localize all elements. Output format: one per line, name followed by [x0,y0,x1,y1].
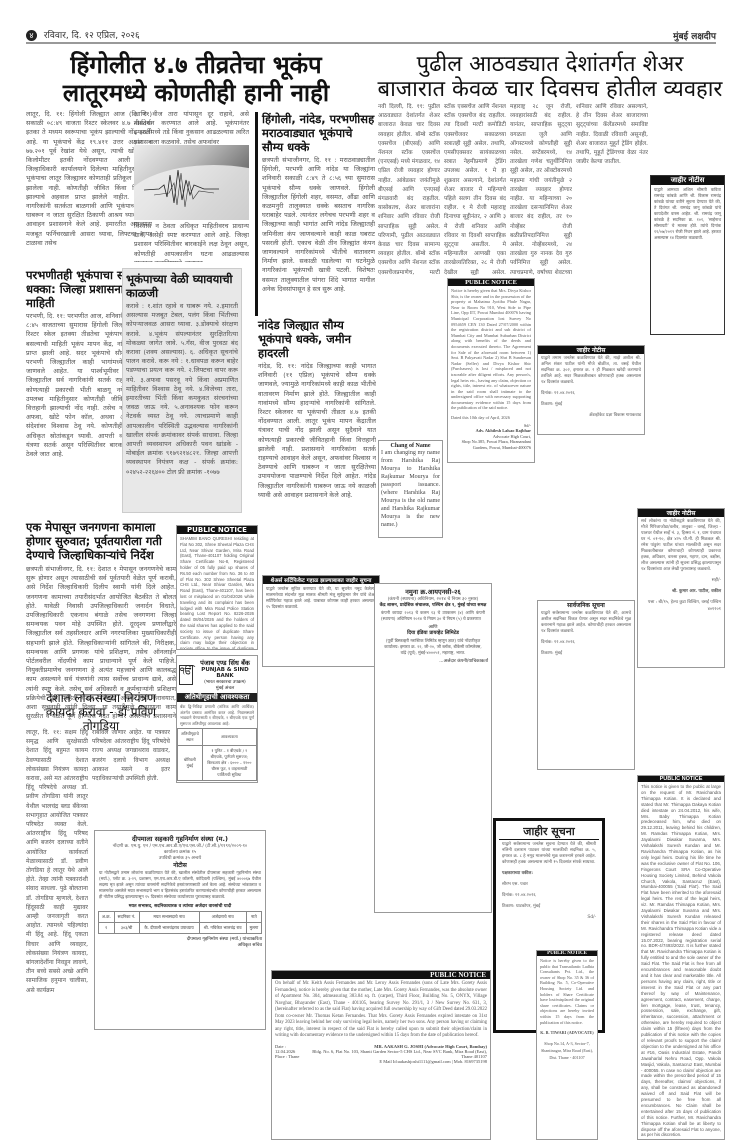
table-header: अतिथीगृहाचे स्थान [178,729,203,746]
dipmala-society-notice: दीपमाला सहकारी गृहनिर्माण संस्था (म.) नो… [94,830,266,1030]
advocate-address: Shop No.385, Powai Plaza, Hiranandani Ga… [451,439,531,450]
bank-logo-icon: ੴ [179,665,193,685]
share-certificate-notice: शेअर्स सर्टिफिकेट गहाळ झाल्याबाबत जाहीर … [262,575,380,667]
nanded-article: नांदेड जिल्ह्यात सौम्य भूकंपाचे धक्के, ज… [258,318,376,522]
notice-address: पत्ता : बी/१५, हेल्थ कुटा बिल्डिंग, वसई … [638,597,724,615]
table-cell: मुलगा [246,923,261,934]
seismograph-image [134,145,249,220]
bank-banner: अतिथीगृहाची आवश्यकता [177,693,257,702]
bank-name-marathi: पंजाब एण्ड सिंध बँक [195,658,255,667]
table-cell: १ युनिट – १ बीएचके / २ बीएचके, पूर्णपणे … [202,746,256,781]
notice-body: सर्व लोकांना या नोटीसद्वारे कळविण्यात ये… [638,517,724,575]
property-jahir-notice: जाहीर नोटीस सर्व लोकांना या नोटीसद्वारे … [637,508,725,668]
form-inc26-notice: नमुना क्र.आयएनसी-२६ (कंपनी (स्थापना) अधि… [374,583,492,913]
table-header: अ.क्र. [99,912,115,923]
notice-date: Date : 12.04.2026 [275,1044,304,1054]
share-market-col4: शनिवार आणि रविवार असल्याने, हे तीन दिवस … [576,103,648,163]
lead-left-body-col2-bottom: विश्वास न ठेवता अधिकृत माहितीवरच प्राधान… [134,222,249,262]
headline-line-2: लातूरमध्ये कोणतीही हानी नाही [26,80,366,108]
notice-body: SHAMIM BANO QURESHI residing at Flat No … [177,534,257,650]
notice-title: PUBLIC NOTICE [177,526,257,534]
notice-title: शेअर्स सर्टिफिकेट गहाळ झाल्याबाबत जाहीर … [263,576,379,584]
public-sale-notice: सार्वजनिक सूचना याद्वारे सर्वसामान्य जनत… [537,600,635,770]
notice-sd: Sd/- [499,912,599,923]
tiwari-public-notice: PUBLIC NOTICE Notice is hereby given to … [536,950,598,1140]
share-market-col2: स्टॉक एक्सचेंज आणि नॅशनल स्टॉक एक्सचेंज … [444,103,506,275]
notice-body: Notice is hereby given that Mrs. Divya K… [448,286,534,413]
notice-place: ठिकाण: मुंबई [538,399,644,410]
shamim-public-notice: PUBLIC NOTICE SHAMIM BANO QURESHI residi… [176,525,258,650]
kamble-public-notice: जाहीर नोटीस याद्वारे आमच्या अशिल श्रीमती… [650,175,725,335]
form-body: कंपनी कायदा २०१३ चे कलम १३ चे उपकलम (४) … [378,608,488,624]
page-number: ४ [26,30,37,41]
table-header: अर्जदाराचे नाव [199,912,246,923]
applicant-label: ...अर्जदार कंपनी/याचिकाकर्ता [378,658,488,664]
notice-title: PUBLIC NOTICE [272,971,490,979]
notice-title: जाहीर नोटीस [638,509,724,517]
change-of-name-notice: Chang of Name I am changing my name from… [378,440,443,538]
notice-advocate: श्री. कुमार आर. पाटील, वकील [638,586,724,597]
notice-body: याद्वारे सर्वसामान्य जनतेस सूचना देण्यात… [499,840,599,868]
lead-headline-right: पुढील आठवड्यात देशांतर्गत शेअर बाजारात क… [375,52,725,103]
members-table: अ.क्र. सदनिका नं. मयत सभासदाचे नाव अर्जद… [98,911,262,934]
table-cell: श्री. नचिकेत भालचंद्र राव [199,923,246,934]
company-detail: (पूर्वी डिस्कव्हरी ग्लास्टिक लिमिटेड म्ह… [378,636,488,658]
table-header: नाते [246,912,261,923]
notice-place: ठिकाण: मुंबई [538,648,634,659]
safety-tips-box: भूकंपाच्या वेळी घ्यावयाची काळजी करावे : … [122,268,242,513]
table-caption: मयत सभासद, सदनिकाधारक व त्यांच्या अर्जदा… [98,903,262,909]
form-authority: केंद्र शासन, प्रादेशिक संचालक, पश्चिम क्… [378,602,488,608]
table-row: बोरिवली मुंबई१ युनिट – १ बीएचके / २ बीएच… [178,746,257,781]
notice-place: ठिकाण: घाटकोपर, मुंबई [499,901,599,912]
nanded-body: नांदेड, दि. ११: नांदेड जिल्ह्याच्या काही… [258,362,376,522]
share-market-col1: नवी दिल्ली, दि. ११: पुढील आठवड्यात देशां… [378,103,440,275]
notice-sd: सही/- [638,575,724,586]
notice-body: याद्वारे तमाम जनतेस कळविण्यात येते की, म… [538,354,644,388]
headline-line-1: हिंगोलीत ४.७ तीव्रतेचा भूकंप [26,52,366,80]
headline-line-1: देशात लोकसंख्या नियंत्रण [26,692,176,706]
notice-body: I am changing my name from Harshika Raj … [381,449,440,529]
advocate-jahir-notice: जाहीर नोटीस याद्वारे तमाम जनतेस कळविण्या… [537,345,645,435]
society-signatory-role: अधिकृत सचिव [98,942,262,948]
bank-footer: देय स्वरूपात निविदा सादर करण्याची अंतिम … [177,781,257,783]
notice-body: Notice is hereby given to the public tha… [537,956,597,1027]
notice-label: नोटीस [98,861,262,869]
issue-date: रविवार, दि. १२ एप्रिल, २०२६ [44,31,140,41]
notice-signatory: पक्षकाराच्या वकील: [499,868,599,879]
table-header: आवश्यकता [202,729,256,746]
marathwada-body: छत्रपती संभाजीनगर, दि. ११ : मराठवाड्याती… [262,156,375,316]
share-market-col3: महाराष्ट्र २८ जून रोजी, व्यवहारांसाठी बं… [510,103,572,275]
notice-advocate: ॲडव्होकेट प्रज्ञा विकास गायकवाड [538,410,644,421]
togadia-body-col2: राबविले जाणार आहेत. या पत्रकार परिषदेला … [92,728,170,808]
notice-date: दिनांक: १२.०४.२०२६ [499,890,599,901]
notice-title: जाहीर नोटीस [651,176,724,185]
table-row: १ ३०३/बी कै. दीपाली भालचंद्रराव उपाध्याय… [99,923,262,934]
marathwada-headline: हिंगोली, नांदेड, परभणीसह मराठवाड्यात भूक… [262,112,375,154]
table-header: सदनिका नं. [114,912,139,923]
divya-public-notice: PUBLIC NOTICE Notice is hereby given tha… [447,278,535,463]
headline-line-2: बाजारात केवळ चार दिवसच होतील व्यवहार [375,77,725,102]
lead-left-body-col2-top: आणि वीज तारा यांपासून दूर राहावे, असे मा… [134,110,249,144]
form-title: नमुना क्र.आयएनसी-२६ [378,587,488,596]
table-cell: ३०३/बी [114,923,139,934]
advocate-name: K. B. TIWARI (ADVOCATE) [537,1027,597,1038]
kotian-public-notice: PUBLIC NOTICE This notice is given to th… [637,775,725,1140]
notice-address: सौरभ एस. पवार [499,879,599,890]
notice-date: दिनांक: १२.०४.२०२६ [538,388,644,399]
society-title: दीपमाला सहकारी गृहनिर्माण संस्था (म.) [98,834,262,843]
table-cell: कै. दीपाली भालचंद्रराव उपाध्याय [139,923,199,934]
bank-intro: बँक द्वि-निविदा प्रणाली (तांत्रिक आणि आर… [177,702,257,728]
notice-body: On behalf of Mr. Keith Assis Fernandes a… [272,979,490,1042]
lead-headline-left: हिंगोलीत ४.७ तीव्रतेचा भूकंप लातूरमध्ये … [26,52,366,107]
notice-body: याद्वारे सर्वसामान्य जनतेस कळविण्यात येत… [538,609,634,637]
table-cell: बोरिवली मुंबई [178,746,203,781]
advocate-address: Shop No.14, A-3, Sector-7, Shantinagar, … [537,1038,597,1063]
headline-line-1: पुढील आठवड्यात देशांतर्गत शेअर [375,52,725,77]
masthead: ४ रविवार, दि. १२ एप्रिल, २०२६ मुंबई लक्ष… [26,28,716,44]
nanded-headline: नांदेड जिल्ह्यात सौम्य भूकंपाचे धक्के, ज… [258,318,376,360]
table-header: मयत सभासदाचे नाव [139,912,199,923]
notice-body: This notice is given to the public at la… [638,782,724,1140]
keith-fernandes-public-notice: PUBLIC NOTICE On behalf of Mr. Keith Ass… [271,970,491,1140]
advocate-contact: E Mail Id:aakashjoshi1111@gmail.com | Mo… [304,1059,487,1064]
bank-location: मुंबई अंचल [195,685,255,691]
safety-body: करावे : १.शांत रहावे व घाबरू नये. २.इमार… [126,302,238,512]
notice-dated: Dated this 10th day of April, 2026 [448,413,534,423]
safety-headline: भूकंपाच्या वेळी घ्यावयाची काळजी [126,272,238,300]
marathwada-article: हिंगोली, नांदेड, परभणीसह मराठवाड्यात भूक… [255,112,375,316]
notice-date: दिनांक: १२.०४.२०२६ [538,637,634,648]
notice-title: सार्वजनिक सूचना [538,601,634,609]
society-notice-body: या नोटीसद्वारे तमाम लोकांना कळविण्यात ये… [98,869,262,901]
notice-body: याद्वारे जनतेस सूचित करण्यात येते की, या… [263,584,379,612]
bank-requirement-table: अतिथीगृहाचे स्थानआवश्यकता बोरिवली मुंबई१… [177,728,257,781]
newspaper-brand: मुंबई लक्षदीप [673,29,716,42]
togadia-body-col1: लातूर, दि. ११: सक्षम हिंदू समृद्ध आणि सु… [26,728,88,1138]
table-cell: १ [99,923,115,934]
bank-name-english: PUNJAB & SIND BANK [195,667,255,679]
notice-title: जाहीर सूचना [499,824,599,840]
census-headline: एक मेपासून जनगणना कामाला होणार सुरुवात; … [26,520,176,562]
advocate-address: Bldg. No. 6, Flat No. 103, Shanti Garden… [304,1049,487,1059]
punjab-sind-bank-ad: ੴ पंजाब एण्ड सिंध बँक PUNJAB & SIND BANK… [176,655,258,783]
notice-place: Place : Thane [275,1054,304,1059]
notice-title: PUBLIC NOTICE [448,279,534,286]
notice-title: जाहीर नोटीस [538,346,644,354]
notice-body: याद्वारे आमच्या अशिल श्रीमती कविता रामचं… [651,185,724,243]
census-article: एक मेपासून जनगणना कामाला होणार सुरुवात; … [26,520,176,720]
